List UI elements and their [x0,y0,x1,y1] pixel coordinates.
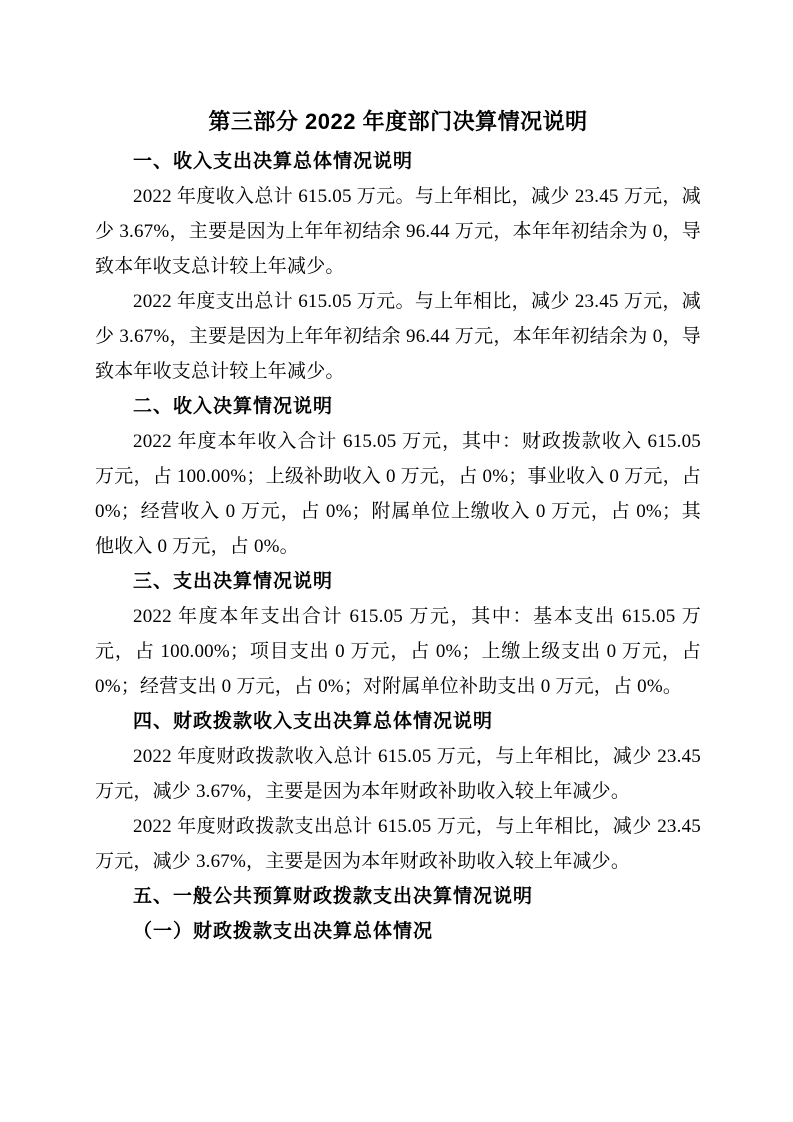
section-heading: 四、财政拨款收入支出决算总体情况说明 [95,704,701,739]
body-paragraph: 2022 年度财政拨款收入总计 615.05 万元，与上年相比，减少 23.45… [95,739,701,809]
document-page: 第三部分 2022 年度部门决算情况说明一、收入支出决算总体情况说明2022 年… [0,0,793,1122]
sub-section-heading: （一）财政拨款支出决算总体情况 [95,914,701,949]
body-paragraph: 2022 年度支出总计 615.05 万元。与上年相比，减少 23.45 万元，… [95,284,701,389]
body-paragraph: 2022 年度本年收入合计 615.05 万元，其中：财政拨款收入 615.05… [95,424,701,564]
section-heading: 二、收入决算情况说明 [95,389,701,424]
section-heading: 三、支出决算情况说明 [95,564,701,599]
body-paragraph: 2022 年度本年支出合计 615.05 万元，其中：基本支出 615.05 万… [95,599,701,704]
section-heading: 五、一般公共预算财政拨款支出决算情况说明 [95,879,701,914]
section-heading: 一、收入支出决算总体情况说明 [95,144,701,179]
document-content: 第三部分 2022 年度部门决算情况说明一、收入支出决算总体情况说明2022 年… [95,100,701,949]
body-paragraph: 2022 年度财政拨款支出总计 615.05 万元，与上年相比，减少 23.45… [95,809,701,879]
document-title: 第三部分 2022 年度部门决算情况说明 [95,100,701,144]
body-paragraph: 2022 年度收入总计 615.05 万元。与上年相比，减少 23.45 万元，… [95,179,701,284]
